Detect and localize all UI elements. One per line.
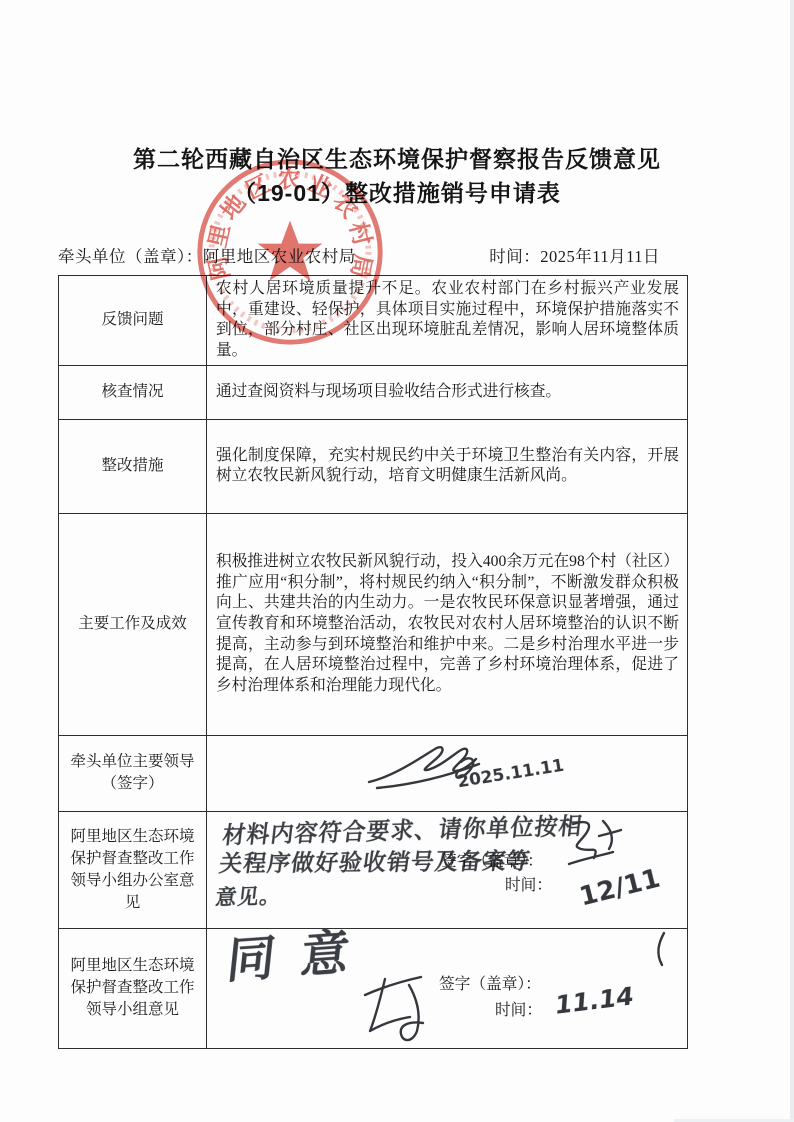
- row-leader-signature: 牵头单位主要领导（签字） 2025.11.11: [59, 735, 688, 811]
- row-label: 阿里地区生态环境保护督查整改工作领导小组意见: [59, 928, 207, 1048]
- document-title: 第二轮西藏自治区生态环境保护督察报告反馈意见 （19-01）整改措施销号申请表: [0, 142, 794, 210]
- row-verification: 核查情况 通过查阅资料与现场项目验收结合形式进行核查。: [59, 365, 688, 419]
- row-label: 阿里地区生态环境保护督查整改工作领导小组办公室意见: [59, 811, 207, 928]
- stray-pen-mark: [649, 931, 669, 969]
- title-line-1: 第二轮西藏自治区生态环境保护督察报告反馈意见: [0, 142, 794, 176]
- row-content: 积极推进树立农牧民新风貌行动，投入400余万元在98个村（社区）推广应用“积分制…: [207, 513, 688, 735]
- row-label: 整改措施: [59, 419, 207, 513]
- row-label: 主要工作及成效: [59, 513, 207, 735]
- row-office-opinion: 阿里地区生态环境保护督查整改工作领导小组办公室意见 材料内容符合要求、请你单位按…: [59, 811, 688, 928]
- note-line: 意见。: [214, 874, 547, 914]
- office-opinion-cell: 材料内容符合要求、请你单位按相 关程序做好验收销号及备案等 意见。 签字（盖章）…: [207, 811, 688, 928]
- office-sign-label: 签字（盖章）：: [441, 852, 543, 873]
- lead-unit-value: 阿里地区农业农村局: [203, 247, 356, 266]
- office-time-label: 时间：: [505, 876, 552, 897]
- leader-signature-cell: 2025.11.11: [207, 735, 688, 811]
- date-label: 时间：: [489, 247, 540, 266]
- group-opinion-cell: 同意 签字（盖章）： 时间： 11.14: [207, 928, 688, 1048]
- row-rectification-measures: 整改措施 强化制度保障，充实村规民约中关于环境卫生整治有关内容，开展树立农牧民新…: [59, 419, 688, 513]
- row-content: 农村人居环境质量提升不足。农业农村部门在乡村振兴产业发展中，重建设、轻保护，具体…: [207, 276, 688, 366]
- row-content: 通过查阅资料与现场项目验收结合形式进行核查。: [207, 365, 688, 419]
- row-main-work: 主要工作及成效 积极推进树立农牧民新风貌行动，投入400余万元在98个村（社区）…: [59, 513, 688, 735]
- lead-unit-label: 牵头单位（盖章）：: [58, 247, 203, 266]
- scanned-form-page: 第二轮西藏自治区生态环境保护督察报告反馈意见 （19-01）整改措施销号申请表 …: [0, 0, 794, 1122]
- group-time-label: 时间：: [495, 1001, 542, 1022]
- row-label: 牵头单位主要领导（签字）: [59, 735, 207, 811]
- row-label: 反馈问题: [59, 276, 207, 366]
- row-feedback-problem: 反馈问题 农村人居环境质量提升不足。农业农村部门在乡村振兴产业发展中，重建设、轻…: [59, 276, 688, 366]
- row-label: 核查情况: [59, 365, 207, 419]
- row-content: 强化制度保障，充实村规民约中关于环境卫生整治有关内容，开展树立农牧民新风貌行动，…: [207, 419, 688, 513]
- date-field: 时间：2025年11月11日: [489, 243, 660, 267]
- lead-unit-field: 牵头单位（盖章）：阿里地区农业农村局: [58, 243, 356, 267]
- application-form-table: 反馈问题 农村人居环境质量提升不足。农业农村部门在乡村振兴产业发展中，重建设、轻…: [58, 275, 688, 1049]
- group-sign-date: 11.14: [554, 986, 635, 1016]
- group-sign-label: 签字（盖章）：: [439, 975, 541, 996]
- title-line-2: （19-01）整改措施销号申请表: [0, 176, 794, 210]
- row-group-opinion: 阿里地区生态环境保护督查整改工作领导小组意见 同意 签字（盖章）： 时间： 11…: [59, 928, 688, 1048]
- approval-handwriting: 同意: [226, 942, 376, 973]
- form-header-line: 牵头单位（盖章）：阿里地区农业农村局 时间：2025年11月11日: [58, 243, 660, 267]
- date-value: 2025年11月11日: [540, 247, 660, 266]
